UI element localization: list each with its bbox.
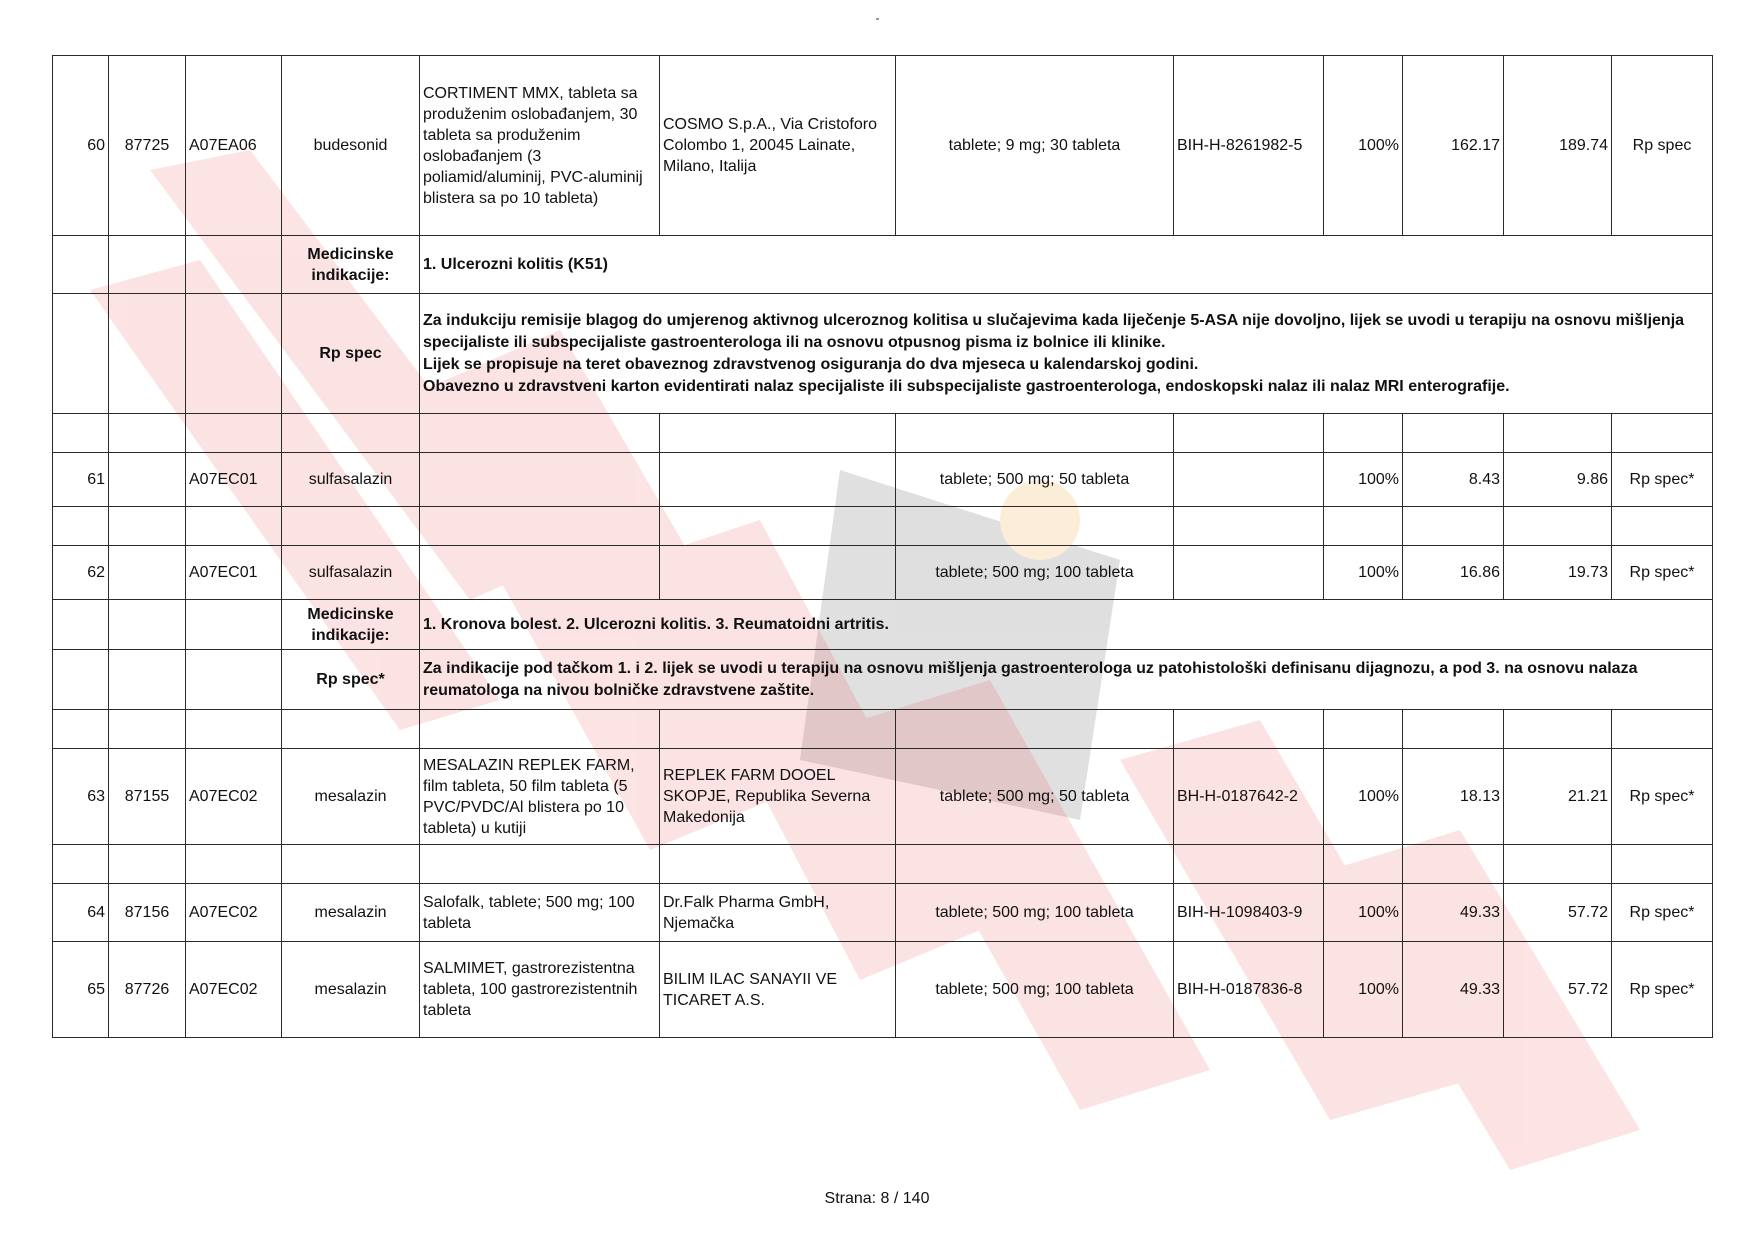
- cell-empty: [660, 845, 896, 884]
- rp-spec-text: Za indukciju remisije blagog do umjereno…: [420, 294, 1713, 414]
- cell-sifra: 87726: [109, 942, 186, 1038]
- cell-empty: [896, 507, 1174, 546]
- cell-empty: [53, 710, 109, 749]
- cell-rb: 62: [53, 546, 109, 600]
- cell-inn: budesonid: [282, 56, 420, 236]
- cell-rezim: Rp spec*: [1612, 546, 1713, 600]
- cell-empty: [896, 414, 1174, 453]
- cell-proizvodjac: COSMO S.p.A., Via Cristoforo Colombo 1, …: [660, 56, 896, 236]
- page-number: Strana: 8 / 140: [0, 1190, 1754, 1208]
- cell-empty: [282, 507, 420, 546]
- cell-empty: [896, 845, 1174, 884]
- rp-spec-line: Lijek se propisuje na teret obaveznog zd…: [423, 354, 1709, 376]
- cell-rezim: Rp spec*: [1612, 884, 1713, 942]
- cell-empty: [420, 845, 660, 884]
- cell-naziv: CORTIMENT MMX, tableta sa produženim osl…: [420, 56, 660, 236]
- table-row-drug: 6087725A07EA06budesonidCORTIMENT MMX, ta…: [53, 56, 1713, 236]
- cell-cijena-bez-pdv: 162.17: [1403, 56, 1504, 236]
- indications-text: 1. Ulcerozni kolitis (K51): [420, 236, 1713, 294]
- drug-list-table: 6087725A07EA06budesonidCORTIMENT MMX, ta…: [52, 55, 1713, 1038]
- cell-empty: [1403, 414, 1504, 453]
- indications-label: Medicinske indikacije:: [282, 600, 420, 650]
- cell-empty: [109, 294, 186, 414]
- cell-atc: A07EC02: [186, 749, 282, 845]
- cell-inn: mesalazin: [282, 749, 420, 845]
- cell-rb: 64: [53, 884, 109, 942]
- cell-naziv: [420, 453, 660, 507]
- table-row-drug: 6387155A07EC02mesalazinMESALAZIN REPLEK …: [53, 749, 1713, 845]
- cell-empty: [1403, 710, 1504, 749]
- cell-rb: 61: [53, 453, 109, 507]
- cell-naziv: SALMIMET, gastrorezistentna tableta, 100…: [420, 942, 660, 1038]
- cell-empty: [282, 845, 420, 884]
- cell-rjesenje: BIH-H-0187836-8: [1174, 942, 1324, 1038]
- table-row-drug: 6587726A07EC02mesalazinSALMIMET, gastror…: [53, 942, 1713, 1038]
- cell-empty: [109, 600, 186, 650]
- cell-participacija: 100%: [1324, 546, 1403, 600]
- cell-empty: [186, 600, 282, 650]
- cell-atc: A07EC01: [186, 546, 282, 600]
- cell-oblik: tablete; 500 mg; 100 tableta: [896, 884, 1174, 942]
- cell-empty: [420, 414, 660, 453]
- cell-empty: [186, 845, 282, 884]
- cell-cijena-bez-pdv: 49.33: [1403, 884, 1504, 942]
- cell-empty: [186, 507, 282, 546]
- indications-text: 1. Kronova bolest. 2. Ulcerozni kolitis.…: [420, 600, 1713, 650]
- cell-empty: [53, 650, 109, 710]
- table-row-spacer: [53, 845, 1713, 884]
- cell-rb: 65: [53, 942, 109, 1038]
- cell-proizvodjac: Dr.Falk Pharma GmbH, Njemačka: [660, 884, 896, 942]
- rp-spec-line: Za indikacije pod tačkom 1. i 2. lijek s…: [423, 658, 1709, 702]
- cell-rezim: Rp spec*: [1612, 749, 1713, 845]
- cell-sifra: 87156: [109, 884, 186, 942]
- cell-oblik: tablete; 500 mg; 100 tableta: [896, 942, 1174, 1038]
- cell-empty: [282, 414, 420, 453]
- cell-cijena-sa-pdv: 57.72: [1504, 884, 1612, 942]
- cell-rezim: Rp spec*: [1612, 942, 1713, 1038]
- cell-cijena-sa-pdv: 189.74: [1504, 56, 1612, 236]
- cell-inn: sulfasalazin: [282, 546, 420, 600]
- cell-rjesenje: BIH-H-1098403-9: [1174, 884, 1324, 942]
- table-row-drug: 62A07EC01sulfasalazintablete; 500 mg; 10…: [53, 546, 1713, 600]
- cell-participacija: 100%: [1324, 56, 1403, 236]
- cell-cijena-bez-pdv: 49.33: [1403, 942, 1504, 1038]
- cell-cijena-sa-pdv: 57.72: [1504, 942, 1612, 1038]
- cell-empty: [660, 507, 896, 546]
- table-row-indications: Medicinske indikacije:1. Kronova bolest.…: [53, 600, 1713, 650]
- table-row-drug: 6487156A07EC02mesalazinSalofalk, tablete…: [53, 884, 1713, 942]
- cell-oblik: tablete; 500 mg; 100 tableta: [896, 546, 1174, 600]
- rp-spec-text: Za indikacije pod tačkom 1. i 2. lijek s…: [420, 650, 1713, 710]
- cell-empty: [896, 710, 1174, 749]
- cell-empty: [1324, 507, 1403, 546]
- table-row-spacer: [53, 414, 1713, 453]
- cell-empty: [1403, 507, 1504, 546]
- cell-empty: [1324, 845, 1403, 884]
- cell-participacija: 100%: [1324, 749, 1403, 845]
- document-page: 6087725A07EA06budesonidCORTIMENT MMX, ta…: [0, 0, 1754, 1240]
- cell-atc: A07EC02: [186, 884, 282, 942]
- scan-artifact: [876, 18, 879, 20]
- cell-empty: [1612, 710, 1713, 749]
- cell-empty: [53, 507, 109, 546]
- cell-rb: 60: [53, 56, 109, 236]
- cell-proizvodjac: [660, 546, 896, 600]
- cell-cijena-sa-pdv: 9.86: [1504, 453, 1612, 507]
- rp-spec-line: Obavezno u zdravstveni karton evidentira…: [423, 376, 1709, 398]
- cell-cijena-bez-pdv: 18.13: [1403, 749, 1504, 845]
- cell-rezim: Rp spec*: [1612, 453, 1713, 507]
- cell-proizvodjac: [660, 453, 896, 507]
- cell-inn: sulfasalazin: [282, 453, 420, 507]
- cell-rjesenje: BH-H-0187642-2: [1174, 749, 1324, 845]
- cell-empty: [53, 600, 109, 650]
- cell-naziv: MESALAZIN REPLEK FARM, film tableta, 50 …: [420, 749, 660, 845]
- cell-atc: A07EA06: [186, 56, 282, 236]
- cell-empty: [1174, 507, 1324, 546]
- cell-empty: [1504, 507, 1612, 546]
- cell-rb: 63: [53, 749, 109, 845]
- cell-atc: A07EC02: [186, 942, 282, 1038]
- cell-empty: [1403, 845, 1504, 884]
- cell-participacija: 100%: [1324, 942, 1403, 1038]
- cell-empty: [186, 294, 282, 414]
- cell-empty: [1504, 845, 1612, 884]
- cell-empty: [109, 650, 186, 710]
- cell-empty: [186, 236, 282, 294]
- cell-empty: [186, 414, 282, 453]
- cell-oblik: tablete; 500 mg; 50 tableta: [896, 749, 1174, 845]
- cell-inn: mesalazin: [282, 884, 420, 942]
- cell-sifra: [109, 546, 186, 600]
- cell-empty: [109, 845, 186, 884]
- cell-rjesenje: BIH-H-8261982-5: [1174, 56, 1324, 236]
- rp-spec-label: Rp spec: [282, 294, 420, 414]
- cell-empty: [1612, 845, 1713, 884]
- cell-participacija: 100%: [1324, 884, 1403, 942]
- cell-empty: [53, 236, 109, 294]
- cell-empty: [420, 507, 660, 546]
- cell-proizvodjac: BILIM ILAC SANAYII VE TICARET A.S.: [660, 942, 896, 1038]
- cell-rjesenje: [1174, 453, 1324, 507]
- cell-empty: [1324, 710, 1403, 749]
- cell-empty: [1504, 710, 1612, 749]
- cell-oblik: tablete; 9 mg; 30 tableta: [896, 56, 1174, 236]
- cell-proizvodjac: REPLEK FARM DOOEL SKOPJE, Republika Seve…: [660, 749, 896, 845]
- cell-empty: [109, 236, 186, 294]
- cell-empty: [282, 710, 420, 749]
- table-row-drug: 61A07EC01sulfasalazintablete; 500 mg; 50…: [53, 453, 1713, 507]
- cell-empty: [1324, 414, 1403, 453]
- cell-empty: [1174, 845, 1324, 884]
- cell-atc: A07EC01: [186, 453, 282, 507]
- table-row-rp-spec-note: Rp spec*Za indikacije pod tačkom 1. i 2.…: [53, 650, 1713, 710]
- cell-empty: [186, 650, 282, 710]
- table-row-spacer: [53, 710, 1713, 749]
- cell-cijena-bez-pdv: 16.86: [1403, 546, 1504, 600]
- cell-empty: [1612, 507, 1713, 546]
- cell-empty: [186, 710, 282, 749]
- cell-empty: [420, 710, 660, 749]
- cell-empty: [109, 507, 186, 546]
- cell-empty: [1174, 414, 1324, 453]
- cell-empty: [1504, 414, 1612, 453]
- cell-cijena-bez-pdv: 8.43: [1403, 453, 1504, 507]
- table-row-rp-spec-note: Rp specZa indukciju remisije blagog do u…: [53, 294, 1713, 414]
- cell-oblik: tablete; 500 mg; 50 tableta: [896, 453, 1174, 507]
- table-row-spacer: [53, 507, 1713, 546]
- cell-cijena-sa-pdv: 19.73: [1504, 546, 1612, 600]
- cell-naziv: Salofalk, tablete; 500 mg; 100 tableta: [420, 884, 660, 942]
- cell-sifra: [109, 453, 186, 507]
- cell-empty: [109, 710, 186, 749]
- cell-empty: [660, 414, 896, 453]
- cell-empty: [53, 845, 109, 884]
- cell-empty: [1174, 710, 1324, 749]
- cell-empty: [109, 414, 186, 453]
- cell-inn: mesalazin: [282, 942, 420, 1038]
- cell-naziv: [420, 546, 660, 600]
- cell-empty: [1612, 414, 1713, 453]
- cell-empty: [660, 710, 896, 749]
- indications-label: Medicinske indikacije:: [282, 236, 420, 294]
- rp-spec-line: Za indukciju remisije blagog do umjereno…: [423, 310, 1709, 354]
- cell-empty: [53, 414, 109, 453]
- cell-sifra: 87155: [109, 749, 186, 845]
- cell-rjesenje: [1174, 546, 1324, 600]
- cell-empty: [53, 294, 109, 414]
- cell-sifra: 87725: [109, 56, 186, 236]
- cell-cijena-sa-pdv: 21.21: [1504, 749, 1612, 845]
- table-row-indications: Medicinske indikacije:1. Ulcerozni kolit…: [53, 236, 1713, 294]
- rp-spec-label: Rp spec*: [282, 650, 420, 710]
- cell-participacija: 100%: [1324, 453, 1403, 507]
- cell-rezim: Rp spec: [1612, 56, 1713, 236]
